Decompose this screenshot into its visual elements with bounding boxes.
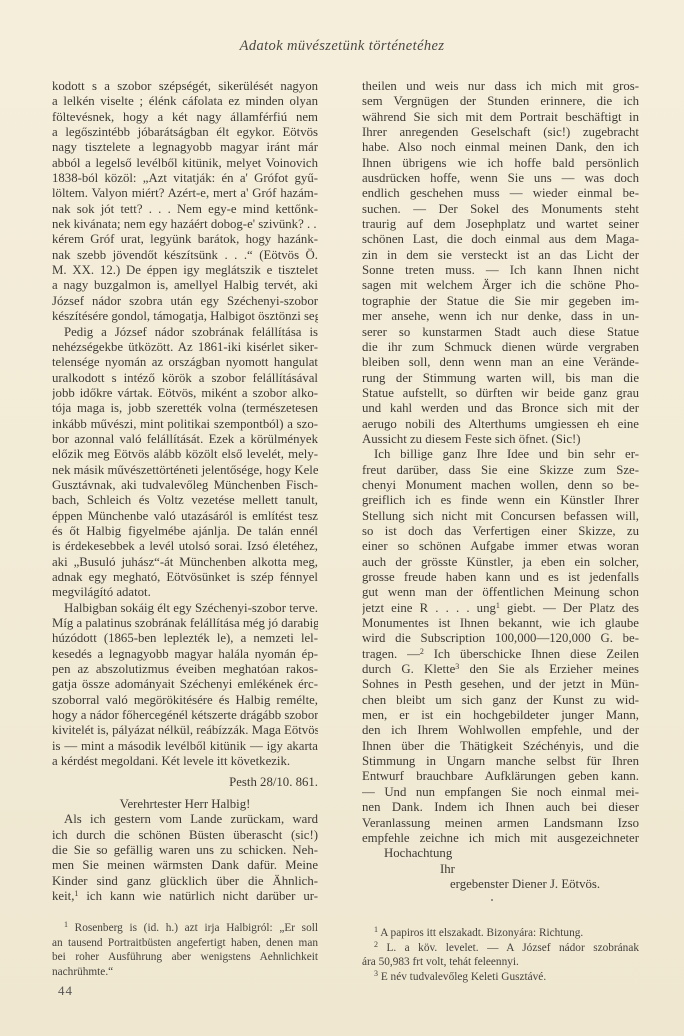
text-line: empfehle zeichne ich mich mit ausgezeich… — [362, 831, 639, 846]
text-fragment: jetzt eine R . . . . ung — [362, 601, 496, 615]
text-fragment: tragen. — — [362, 647, 420, 661]
text-line: inkább művészi, mint politikai szempontb… — [52, 417, 318, 432]
text-line: Stimmung in Ungarn manche selbst für Ihr… — [362, 754, 639, 769]
footnote-line: nachrühmte.“ — [52, 965, 318, 980]
text-fragment: Ich überschicke Ihnen diese Zeilen — [424, 647, 639, 661]
text-line: theilen und weis nur dass ich mich mit g… — [362, 79, 639, 94]
text-line: nen Dank. Indem ich Ihnen auch bei diese… — [362, 800, 639, 815]
text-line: traurig auf dem Josephplatz und wartet s… — [362, 217, 639, 232]
text-line: ausdrücken hoffe, wenn Sie uns — was doc… — [362, 171, 639, 186]
text-line: is — mint a második levélből kitünik — i… — [52, 739, 318, 754]
text-line: habe. Also noch einmal meinen Dank, den … — [362, 140, 639, 155]
left-column: kodott s a szobor szépségét, sikerülését… — [52, 79, 318, 904]
text-line: bach, Schleich és Voltz vezetése mellett… — [52, 493, 318, 508]
footnote: 1 A papiros itt elszakadt. Bizonyára: Ri… — [362, 926, 639, 941]
text-fragment: keit, — [52, 889, 74, 903]
text-line: Ich billige ganz Ihre Idee und bin sehr … — [362, 447, 639, 462]
text-line: einer so schönen Aufgabe immer etwas wor… — [362, 539, 639, 554]
text-line: und kahl werden und das Bronce sich mit … — [362, 401, 639, 416]
signature: ergebenster Diener J. Eötvös. — [362, 877, 639, 892]
text-line: suchen. — Der Sokel des Monuments steht — [362, 202, 639, 217]
text-line: nagy tisztelete a legnagyobb magyar irán… — [52, 140, 318, 155]
footnote-line: an tausend Portraitbüsten angefertigt ha… — [52, 936, 318, 951]
text-line: zin in dem sie versteckt ist an das Lich… — [362, 248, 639, 263]
text-line: tographie der Statue die Sie mir gegeben… — [362, 294, 639, 309]
text-line: tragen. —2 Ich überschicke Ihnen diese Z… — [362, 647, 639, 662]
text-line: Ihnen über die Thätigkeit Széchényis, un… — [362, 739, 639, 754]
text-line: Sonne treten muss. — Ich kann Ihnen nich… — [362, 263, 639, 278]
text-line: József nádor szobra után egy Széchenyi-s… — [52, 294, 318, 309]
text-line: die Sie so gefällig waren uns zu schicke… — [52, 843, 318, 858]
text-line: gut wenn man der öffentlichen Meinung sc… — [362, 585, 639, 600]
text-line: die ihr zum Schmuck dienen würde vergrab… — [362, 340, 639, 355]
right-column: theilen und weis nur dass ich mich mit g… — [362, 79, 639, 892]
text-line: gatja össze adományait Széchenyi emlékén… — [52, 677, 318, 692]
text-line: Veranlassung meinen armen Landsmann Izso — [362, 816, 639, 831]
text-line: 1838-ból közöl: „Azt vitatják: én a' Gró… — [52, 171, 318, 186]
text-line: Sohnes in Pesth gesehen, und der jetzt i… — [362, 677, 639, 692]
text-line: ich durch die schönen Büsten überascht (… — [52, 828, 318, 843]
text-line: húzódott (1865-ben leplezték le), a nemz… — [52, 631, 318, 646]
text-line: Als ich gestern vom Lande zurückam, ward — [52, 812, 318, 827]
text-fragment: giebt. — Der Platz des — [500, 601, 639, 615]
text-line: készítésére gondol, támogatja, Halbigot … — [52, 309, 318, 324]
text-line: freut darüber, dass Sie eine Skizze zum … — [362, 463, 639, 478]
text-line: endlich geschehen muss — wieder einmal b… — [362, 186, 639, 201]
text-line: Monumentes ist Ihnen bekannt, wie ich gl… — [362, 616, 639, 631]
text-fragment: ich kann wie natürlich nicht darüber ur- — [78, 889, 318, 903]
print-speck — [491, 899, 493, 901]
text-line: nehézségekbe ütközött. Az 1861-iki kisér… — [52, 340, 318, 355]
footnote-line: ára 50,983 frt volt, tehát feleennyi. — [362, 955, 639, 970]
text-line: greiflich ich es finde wenn ein Künstler… — [362, 493, 639, 508]
text-line: men Sie meinen wärmsten Dank dafür. Mein… — [52, 858, 318, 873]
text-line: aerugo nobili des Alterthums umgiessen e… — [362, 417, 639, 432]
letter-salutation: Verehrtester Herr Halbig! — [52, 797, 318, 812]
text-line: a lelkén viselte ; élénk cáfolata ez min… — [52, 94, 318, 109]
text-line: M. XX. 12.) De éppen igy meglátszik e ti… — [52, 263, 318, 278]
text-line: Kinder sind ganz glücklich über die Ähnl… — [52, 874, 318, 889]
footnote-text: E név tudvalevőleg Keleti Gusztávé. — [378, 971, 546, 983]
text-line: nak szebb jövendőt készítsünk . . .“ (Eö… — [52, 248, 318, 263]
footnote-line: bei roher Ausführung aber wenigstens Aeh… — [52, 950, 318, 965]
text-line: uralkodott s intéző körök a szobor felál… — [52, 371, 318, 386]
text-line: tója maga is, jobb szerették volna (term… — [52, 401, 318, 416]
text-line: a legőszintébb jóbarátságban élt egykor.… — [52, 125, 318, 140]
text-line: nak sok jót tett? . . . Nem egy-e mind k… — [52, 202, 318, 217]
text-fragment: den Sie als Erzieher meines — [459, 662, 639, 676]
text-line: — Und nun empfangen Sie noch einmal mei- — [362, 785, 639, 800]
text-line: és őt Halbig figyelmébe ajánlja. De talá… — [52, 524, 318, 539]
text-line: rung der Stimmung warten will, bis man d… — [362, 371, 639, 386]
footnotes-left: 1 Rosenberg is (id. h.) azt irja Halbigr… — [52, 921, 318, 979]
text-line: den ich Ihrem Wohlwollen empfehle, und d… — [362, 723, 639, 738]
text-line: kérem Gróf urat, legyünk barátok, hogy h… — [52, 232, 318, 247]
text-line: Gusztávnak, aki tudvalevőleg Münchenben … — [52, 478, 318, 493]
text-line: wird die Subscription 100,000—120,000 G.… — [362, 631, 639, 646]
text-line: durch G. Klette3 den Sie als Erzieher me… — [362, 662, 639, 677]
letter-date: Pesth 28/10. 861. — [52, 775, 318, 790]
footnote-text: L. a köv. levelet. — A József nádor szob… — [378, 942, 639, 954]
text-line: bleiben soll, denn wenn man an eine Verä… — [362, 355, 639, 370]
text-line: Entwurf brauchbare Aufklärungen geben ka… — [362, 769, 639, 784]
text-line: is érdekesebbek a levél utolsó sorai. Iz… — [52, 539, 318, 554]
text-line: éppen Münchenbe való utazásáról is említ… — [52, 509, 318, 524]
text-line: abból a legelső levélből kitünik, melyet… — [52, 156, 318, 171]
text-line: kivitelét is, pályázat nélkül, reábízzák… — [52, 723, 318, 738]
footnote: 1 Rosenberg is (id. h.) azt irja Halbigr… — [52, 921, 318, 936]
text-line: megvilágító adatot. — [52, 585, 318, 600]
text-line: jetzt eine R . . . . ung1 giebt. — Der P… — [362, 601, 639, 616]
text-line: bor azonnal való felállítását. Ezek a kö… — [52, 432, 318, 447]
text-line: szoborral való megörökitésére és Halbig … — [52, 693, 318, 708]
footnote: 2 L. a köv. levelet. — A József nádor sz… — [362, 941, 639, 956]
text-line: a kérdést megoldani. Két levele itt köve… — [52, 754, 318, 769]
text-line: so ist doch das Verfertigen einer Skizze… — [362, 524, 639, 539]
footnote-text: A papiros itt elszakadt. Bizonyára: Rich… — [378, 927, 583, 939]
running-head: Adatok müvészetünk történetéhez — [0, 38, 684, 55]
text-fragment: durch G. Klette — [362, 662, 455, 676]
text-line: während Sie sich mit dem Portrait beschä… — [362, 110, 639, 125]
text-line: kodott s a szobor szépségét, sikerülését… — [52, 79, 318, 94]
text-line: a nagy buzgalmon is, amellyel Halbig ter… — [52, 278, 318, 293]
footnote: 3 E név tudvalevőleg Keleti Gusztávé. — [362, 970, 639, 985]
text-line: aki „Busuló juhász“-át Münchenben alkott… — [52, 555, 318, 570]
text-line: adnak egy megható, Eötvösünket is szép f… — [52, 570, 318, 585]
text-line: hogy a nádor főhercegénél kétszerte drág… — [52, 708, 318, 723]
text-line: föltevésnek, hogy a két nagy államférfiú… — [52, 110, 318, 125]
book-page: Adatok müvészetünk történetéhez kodott s… — [0, 0, 684, 1036]
text-line: nek kivánata; nem egy hazáért dobog-e' s… — [52, 217, 318, 232]
page-number: 44 — [58, 983, 73, 999]
text-line: Statue aufstellt, so dürften wir beide g… — [362, 386, 639, 401]
text-line: jobb időkre vártak. Eötvös, miként a szo… — [52, 386, 318, 401]
text-line: löltem. Valyon miért? Azért-e, mert a' G… — [52, 186, 318, 201]
text-line: Halbigban sokáig élt egy Széchenyi-szobo… — [52, 601, 318, 616]
text-line: Ihrer anregenden Geselschaft (sic!) zuge… — [362, 125, 639, 140]
closing-line: Ihr — [362, 862, 639, 877]
text-line: mer ansehe, wenn ich nur denke, dass in … — [362, 309, 639, 324]
text-line: grosse freude haben kann und es ist jede… — [362, 570, 639, 585]
text-line: Stellung sich nicht mit Concursen befass… — [362, 509, 639, 524]
text-line: Pedig a József nádor szobrának felállítá… — [52, 325, 318, 340]
text-line: keit,1 ich kann wie natürlich nicht darü… — [52, 889, 318, 904]
text-line: schönen Last, die doch einmal aus dem Ma… — [362, 232, 639, 247]
text-line: pen az abszolutizmus éveiben meghatóan r… — [52, 662, 318, 677]
text-line: chen bleibt um sich ganz der Kunst zu wi… — [362, 693, 639, 708]
text-line: telensége nyomán az országban nyomott ha… — [52, 355, 318, 370]
text-line: nek másik művészettörténeti jelentősége,… — [52, 463, 318, 478]
text-line: sagen mit welchem Ärger ich die schöne P… — [362, 278, 639, 293]
footnote-text: Rosenberg is (id. h.) azt irja Halbigról… — [68, 922, 318, 934]
text-line: auch der grösste Künstler, ja eben ein s… — [362, 555, 639, 570]
text-line: előzik meg Eötvös alább közölt első leve… — [52, 447, 318, 462]
text-line: Ihnen übrigens wie ich hoffe bald persön… — [362, 156, 639, 171]
text-line: serer so kunstarmen Stadt auch diese Sta… — [362, 325, 639, 340]
text-line: men, er ist ein hochgebildeter junger Ma… — [362, 708, 639, 723]
text-line: Míg a palatinus szobrának felállítása mé… — [52, 616, 318, 631]
footnotes-right: 1 A papiros itt elszakadt. Bizonyára: Ri… — [362, 926, 639, 984]
text-line: Aussicht zu diesem Feste sich öfnet. (Si… — [362, 432, 639, 447]
closing-line: Hochachtung — [362, 846, 639, 861]
text-line: sem Vergnügen der Stunden erinnere, die … — [362, 94, 639, 109]
text-line: kesedés a legnagyobb magyar halála nyomá… — [52, 647, 318, 662]
text-line: chenyi Monument machen wollen, denn so b… — [362, 478, 639, 493]
